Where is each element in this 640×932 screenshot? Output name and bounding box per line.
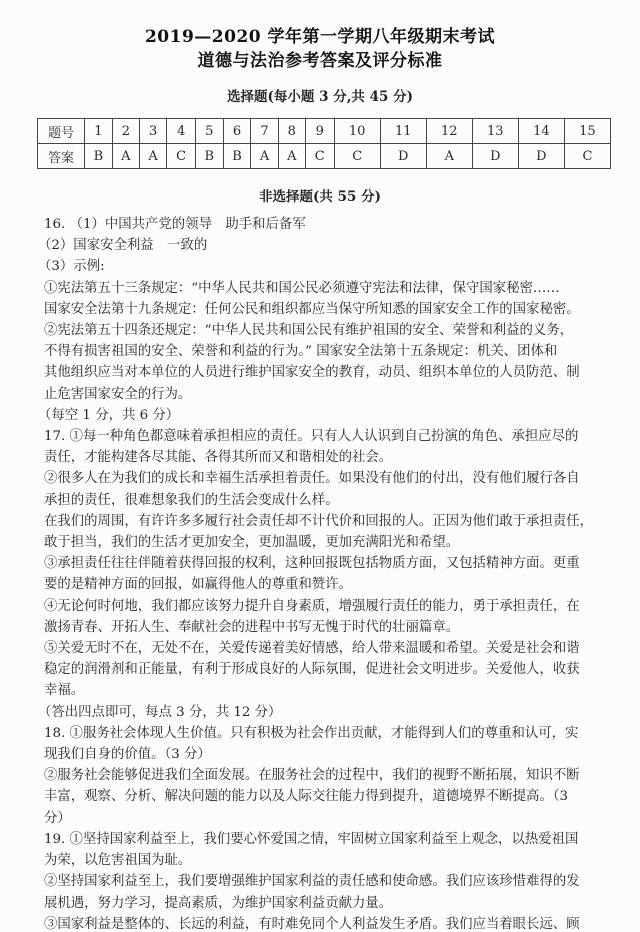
answer-table: 题号 1 2 3 4 5 6 7 8 9 10 11 12 13 14 15 答… <box>37 118 611 169</box>
answer-cell: D <box>518 144 564 169</box>
question-number-cell: 9 <box>305 119 334 144</box>
answer-cell: A <box>112 144 139 169</box>
answer-cell: A <box>426 144 472 169</box>
answer-cell: D <box>472 144 518 169</box>
question-number-cell: 4 <box>167 119 196 144</box>
answer-line: 其他组织应当对本单位的人员进行维护国家安全的教育，动员、组织本单位的人员防范、制 <box>44 362 600 383</box>
non-choice-heading: 非选择题(共 55 分) <box>0 185 640 205</box>
answer-key-page: 2019—2020 学年第一学期八年级期末考试 道德与法治参考答案及评分标准 选… <box>0 0 640 932</box>
answer-cell: B <box>195 144 223 169</box>
answer-cell: B <box>85 144 113 169</box>
answer-line: （3）示例: <box>38 256 600 277</box>
question-number-cell: 1 <box>85 119 113 144</box>
answer-line: ①宪法第五十三条规定：“中华人民共和国公民必须遵守宪法和法律，保守国家秘密…… <box>44 278 600 299</box>
answer-line: 责任，才能构建各尽其能、各得其所而又和谐相处的社会。 <box>44 447 600 468</box>
answer-line: ②服务社会能够促进我们全面发展。在服务社会的过程中，我们的视野不断拓展，知识不断 <box>44 765 600 786</box>
row-label-question: 题号 <box>38 119 85 144</box>
answer-line: 18. ①服务社会体现人生价值。只有积极为社会作出贡献，才能得到人们的尊重和认可… <box>44 723 600 744</box>
answer-line: ②坚持国家利益至上，我们要增强维护国家利益的责任感和使命感。我们应该珍惜难得的发 <box>44 871 600 892</box>
answer-line: 17. ①每一种角色都意味着承担相应的责任。只有人人认识到自己扮演的角色、承担应… <box>44 426 600 447</box>
multiple-choice-heading: 选择题(每小题 3 分,共 45 分) <box>0 85 640 105</box>
question-number-cell: 7 <box>251 119 278 144</box>
answer-line: 分） <box>44 808 600 829</box>
question-number-cell: 3 <box>139 119 166 144</box>
answer-line: ⑤关爱无时不在，无处不在，关爱传递着美好情感，给人带来温暖和希望。关爱是社会和谐 <box>44 638 600 659</box>
answer-cell: B <box>223 144 251 169</box>
answer-line: 稳定的润滑剂和正能量，有利于形成良好的人际氛围，促进社会文明进步。关爱他人，收获 <box>44 659 600 680</box>
row-label-answer: 答案 <box>38 144 85 169</box>
question-number-cell: 14 <box>518 119 564 144</box>
document-title-line2: 道德与法治参考答案及评分标准 <box>0 46 640 71</box>
answer-line: 丰富，观察、分析、解决问题的能力以及人际交往能力得到提升，道德境界不断提高。（3 <box>44 786 600 807</box>
answer-line: ②宪法第五十四条还规定：“中华人民共和国公民有维护祖国的安全、荣誉和利益的义务， <box>44 320 600 341</box>
answer-cell: C <box>334 144 380 169</box>
answer-cell: C <box>564 144 610 169</box>
answer-cell: C <box>167 144 196 169</box>
answer-line: 现我们自身的价值。（3 分） <box>44 744 600 765</box>
answer-cell: A <box>251 144 278 169</box>
answer-cell: D <box>380 144 426 169</box>
question-number-cell: 11 <box>380 119 426 144</box>
answer-line: ③国家利益是整体的、长远的利益，有时难免同个人利益发生矛盾。我们应当着眼长远、顾 <box>44 914 600 932</box>
answer-line: 展机遇，努力学习，提高素质，为维护国家利益贡献力量。 <box>44 893 600 914</box>
answer-line: 承担的责任，很难想象我们的生活会变成什么样。 <box>44 490 600 511</box>
answer-cell: A <box>278 144 305 169</box>
answer-line: 要的是精神方面的回报，如赢得他人的尊重和赞许。 <box>44 574 600 595</box>
answer-line: （2）国家安全利益 一致的 <box>38 235 600 256</box>
question-number-cell: 6 <box>223 119 251 144</box>
answer-line: （每空 1 分，共 6 分） <box>38 405 600 426</box>
answer-line: 止危害国家安全的行为。 <box>44 384 600 405</box>
answer-line: 16. （1）中国共产党的领导 助手和后备军 <box>44 214 600 235</box>
question-number-cell: 15 <box>564 119 610 144</box>
answer-line: ②很多人在为我们的成长和幸福生活承担着责任。如果没有他们的付出，没有他们履行各自 <box>44 468 600 489</box>
answer-line: 幸福。 <box>44 680 600 701</box>
answer-line: 为荣，以危害祖国为耻。 <box>44 850 600 871</box>
answer-line: 19. ①坚持国家利益至上，我们要心怀爱国之情，牢固树立国家利益至上观念，以热爱… <box>44 829 600 850</box>
answer-cell: A <box>139 144 166 169</box>
answer-body: 16. （1）中国共产党的领导 助手和后备军 （2）国家安全利益 一致的 （3）… <box>44 214 600 932</box>
answer-line: 国家安全法第十九条规定：任何公民和组织都应当保守所知悉的国家安全工作的国家秘密。 <box>44 299 600 320</box>
answer-line: 在我们的周围，有许许多多履行社会责任却不计代价和回报的人。正因为他们敢于承担责任… <box>44 511 600 532</box>
answer-row: 答案 B A A C B B A A C C D A D D C <box>38 144 611 169</box>
answer-line: ④无论何时何地，我们都应该努力提升自身素质，增强履行责任的能力，勇于承担责任，在 <box>44 596 600 617</box>
question-number-cell: 2 <box>112 119 139 144</box>
question-number-cell: 12 <box>426 119 472 144</box>
answer-line: 激扬青春、开拓人生、奉献社会的进程中书写无愧于时代的壮丽篇章。 <box>44 617 600 638</box>
answer-line: 敢于担当，我们的生活才更加安全，更加温暖，更加充满阳光和希望。 <box>44 532 600 553</box>
question-number-cell: 5 <box>195 119 223 144</box>
question-number-cell: 13 <box>472 119 518 144</box>
question-number-cell: 8 <box>278 119 305 144</box>
answer-line: 不得有损害祖国的安全、荣誉和利益的行为。” 国家安全法第十五条规定：机关、团体和 <box>44 341 600 362</box>
answer-cell: C <box>305 144 334 169</box>
answer-line: ③承担责任往往伴随着获得回报的权利，这种回报既包括物质方面，又包括精神方面。更重 <box>44 553 600 574</box>
document-title-line1: 2019—2020 学年第一学期八年级期末考试 <box>0 22 640 47</box>
question-number-row: 题号 1 2 3 4 5 6 7 8 9 10 11 12 13 14 15 <box>38 119 611 144</box>
answer-line: （答出四点即可，每点 3 分，共 12 分） <box>38 702 600 723</box>
question-number-cell: 10 <box>334 119 380 144</box>
